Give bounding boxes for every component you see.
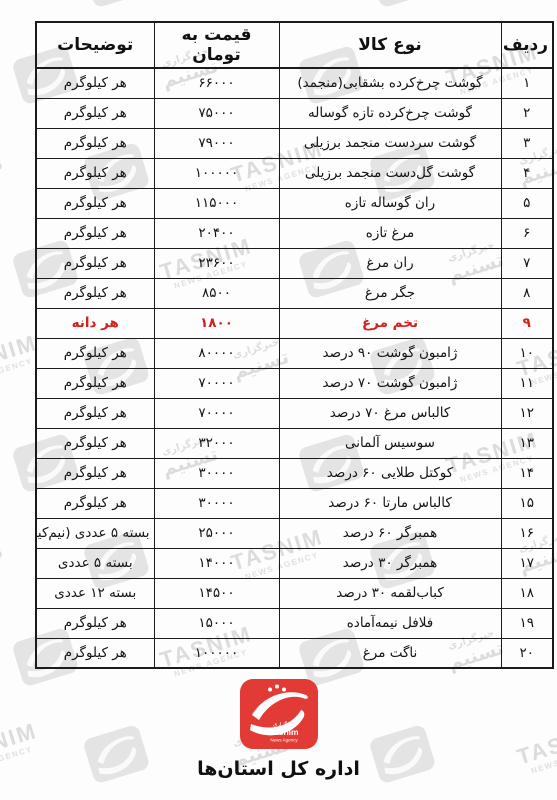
column-header: قیمت به تومان bbox=[154, 22, 279, 68]
tasnim-watermark-text: TASNIMNEWS AGENCY bbox=[514, 0, 557, 3]
table-row: ۱۵کالباس مارتا ۶۰ درصد۳۰۰۰۰هر کیلوگرم bbox=[36, 488, 553, 518]
table-row: ۶مرغ تازه۲۰۴۰۰هر کیلوگرم bbox=[36, 218, 553, 248]
unit-note-cell: هر کیلوگرم bbox=[36, 608, 154, 638]
item-name-cell: تخم مرغ bbox=[279, 308, 501, 338]
row-number-cell: ۱۶ bbox=[501, 518, 553, 548]
watermark-agency-en: NEWS AGENCY bbox=[521, 0, 557, 3]
unit-note-cell: هر کیلوگرم bbox=[36, 428, 154, 458]
column-header: ردیف bbox=[501, 22, 553, 68]
row-number-cell: ۱۷ bbox=[501, 548, 553, 578]
price-cell: ۷۰۰۰۰ bbox=[154, 398, 279, 428]
table-row: ۱گوشت چرخ‌کرده بشقابی(منجمد)۶۶۰۰۰هر کیلو… bbox=[36, 68, 553, 98]
unit-note-cell: بسته ۵ عددی (نیم‌کیلو) bbox=[36, 518, 154, 548]
price-cell: ۲۳۶۰۰ bbox=[154, 248, 279, 278]
price-cell: ۸۰۰۰۰ bbox=[154, 338, 279, 368]
item-name-cell: کباب‌لقمه ۳۰ درصد bbox=[279, 578, 501, 608]
row-number-cell: ۱۸ bbox=[501, 578, 553, 608]
table-row: ۳گوشت سردست منجمد برزیلی۷۹۰۰۰هر کیلوگرم bbox=[36, 128, 553, 158]
unit-note-cell: بسته ۵ عددی bbox=[36, 548, 154, 578]
item-name-cell: همبرگر ۳۰ درصد bbox=[279, 548, 501, 578]
price-cell: ۱۰۰۰۰۰ bbox=[154, 638, 279, 668]
row-number-cell: ۹ bbox=[501, 308, 553, 338]
row-number-cell: ۳ bbox=[501, 128, 553, 158]
unit-note-cell: هر کیلوگرم bbox=[36, 278, 154, 308]
logo-agency-en: News Agency bbox=[270, 738, 298, 743]
item-name-cell: همبرگر ۶۰ درصد bbox=[279, 518, 501, 548]
price-cell: ۱۴۰۰۰ bbox=[154, 548, 279, 578]
table-header-row: ردیفنوع کالاقیمت به تومانتوضیحات bbox=[36, 22, 553, 68]
row-number-cell: ۱۳ bbox=[501, 428, 553, 458]
tasnim-logo: خبرگزاری Tasnim News Agency bbox=[240, 679, 318, 749]
item-name-cell: گوشت گل‌دست منجمد برزیلی bbox=[279, 158, 501, 188]
unit-note-cell: هر کیلوگرم bbox=[36, 248, 154, 278]
price-cell: ۱۸۰۰ bbox=[154, 308, 279, 338]
tasnim-watermark-text: TASNIMNEWS AGENCY bbox=[0, 0, 43, 3]
row-number-cell: ۱۵ bbox=[501, 488, 553, 518]
row-number-cell: ۸ bbox=[501, 278, 553, 308]
column-header: توضیحات bbox=[36, 22, 154, 68]
row-number-cell: ۶ bbox=[501, 218, 553, 248]
price-cell: ۲۵۰۰۰ bbox=[154, 518, 279, 548]
price-cell: ۳۰۰۰۰ bbox=[154, 488, 279, 518]
row-number-cell: ۷ bbox=[501, 248, 553, 278]
table-row: ۲۰ناگت مرغ۱۰۰۰۰۰هر کیلوگرم bbox=[36, 638, 553, 668]
unit-note-cell: هر کیلوگرم bbox=[36, 218, 154, 248]
price-cell: ۲۰۴۰۰ bbox=[154, 218, 279, 248]
tasnim-watermark-text: خبرگزاریتسنیم bbox=[0, 529, 6, 578]
table-row: ۵ران گوساله تازه۱۱۵۰۰۰هر کیلوگرم bbox=[36, 188, 553, 218]
table-row: ۱۳سوسیس آلمانی۳۲۰۰۰هر کیلوگرم bbox=[36, 428, 553, 458]
price-cell: ۳۰۰۰۰ bbox=[154, 458, 279, 488]
table-row: ۱۴کوکتل طلایی ۶۰ درصد۳۰۰۰۰هر کیلوگرم bbox=[36, 458, 553, 488]
row-number-cell: ۱۱ bbox=[501, 368, 553, 398]
table-row: ۱۰ژامبون گوشت ۹۰ درصد۸۰۰۰۰هر کیلوگرم bbox=[36, 338, 553, 368]
item-name-cell: سوسیس آلمانی bbox=[279, 428, 501, 458]
page: TASNIMNEWS AGENCYخبرگزاریتسنیمTASNIMNEWS… bbox=[0, 0, 557, 800]
watermark-brand-fa: تسنیم bbox=[0, 152, 6, 190]
item-name-cell: ژامبون گوشت ۹۰ درصد bbox=[279, 338, 501, 368]
table-row: ۱۲کالباس مرغ ۷۰ درصد۷۰۰۰۰هر کیلوگرم bbox=[36, 398, 553, 428]
item-name-cell: گوشت چرخ‌کرده تازه گوساله bbox=[279, 98, 501, 128]
table-row: ۱۶همبرگر ۶۰ درصد۲۵۰۰۰بسته ۵ عددی (نیم‌کی… bbox=[36, 518, 553, 548]
item-name-cell: کوکتل طلایی ۶۰ درصد bbox=[279, 458, 501, 488]
logo-name-en: Tasnim bbox=[269, 727, 299, 737]
price-cell: ۸۵۰۰ bbox=[154, 278, 279, 308]
unit-note-cell: هر کیلوگرم bbox=[36, 158, 154, 188]
price-cell: ۱۴۵۰۰ bbox=[154, 578, 279, 608]
footer-title: اداره کل استان‌ها bbox=[0, 758, 557, 780]
table-row: ۹تخم مرغ۱۸۰۰هر دانه bbox=[36, 308, 553, 338]
item-name-cell: گوشت چرخ‌کرده بشقابی(منجمد) bbox=[279, 68, 501, 98]
watermark-agency-en: NEWS AGENCY bbox=[0, 0, 43, 3]
row-number-cell: ۱ bbox=[501, 68, 553, 98]
item-name-cell: کالباس مرغ ۷۰ درصد bbox=[279, 398, 501, 428]
unit-note-cell: بسته ۱۲ عددی bbox=[36, 578, 154, 608]
row-number-cell: ۵ bbox=[501, 188, 553, 218]
item-name-cell: گوشت سردست منجمد برزیلی bbox=[279, 128, 501, 158]
item-name-cell: ران گوساله تازه bbox=[279, 188, 501, 218]
price-cell: ۱۵۰۰۰ bbox=[154, 608, 279, 638]
row-number-cell: ۱۹ bbox=[501, 608, 553, 638]
watermark-brand-fa: تسنیم bbox=[0, 540, 6, 578]
table-row: ۴گوشت گل‌دست منجمد برزیلی۱۰۰۰۰۰هر کیلوگر… bbox=[36, 158, 553, 188]
row-number-cell: ۱۰ bbox=[501, 338, 553, 368]
column-header: نوع کالا bbox=[279, 22, 501, 68]
table-row: ۱۱ژامبون گوشت ۷۰ درصد۷۰۰۰۰هر کیلوگرم bbox=[36, 368, 553, 398]
row-number-cell: ۲۰ bbox=[501, 638, 553, 668]
row-number-cell: ۱۲ bbox=[501, 398, 553, 428]
table-row: ۷ران مرغ۲۳۶۰۰هر کیلوگرم bbox=[36, 248, 553, 278]
price-cell: ۷۵۰۰۰ bbox=[154, 98, 279, 128]
footer: خبرگزاری Tasnim News Agency اداره کل است… bbox=[0, 679, 557, 780]
table-row: ۱۹فلافل نیمه‌آماده۱۵۰۰۰هر کیلوگرم bbox=[36, 608, 553, 638]
price-cell: ۱۱۵۰۰۰ bbox=[154, 188, 279, 218]
row-number-cell: ۴ bbox=[501, 158, 553, 188]
table-row: ۸جگر مرغ۸۵۰۰هر کیلوگرم bbox=[36, 278, 553, 308]
unit-note-cell: هر کیلوگرم bbox=[36, 398, 154, 428]
row-number-cell: ۱۴ bbox=[501, 458, 553, 488]
table-row: ۱۸کباب‌لقمه ۳۰ درصد۱۴۵۰۰بسته ۱۲ عددی bbox=[36, 578, 553, 608]
table-row: ۲گوشت چرخ‌کرده تازه گوساله۷۵۰۰۰هر کیلوگر… bbox=[36, 98, 553, 128]
row-number-cell: ۲ bbox=[501, 98, 553, 128]
item-name-cell: ناگت مرغ bbox=[279, 638, 501, 668]
item-name-cell: جگر مرغ bbox=[279, 278, 501, 308]
unit-note-cell: هر کیلوگرم bbox=[36, 368, 154, 398]
price-cell: ۶۶۰۰۰ bbox=[154, 68, 279, 98]
tasnim-watermark-logo-icon bbox=[82, 0, 152, 13]
unit-note-cell: هر دانه bbox=[36, 308, 154, 338]
item-name-cell: مرغ تازه bbox=[279, 218, 501, 248]
unit-note-cell: هر کیلوگرم bbox=[36, 638, 154, 668]
unit-note-cell: هر کیلوگرم bbox=[36, 128, 154, 158]
tasnim-watermark-text: خبرگزاریتسنیم bbox=[0, 141, 6, 190]
price-cell: ۷۰۰۰۰ bbox=[154, 368, 279, 398]
price-cell: ۳۲۰۰۰ bbox=[154, 428, 279, 458]
unit-note-cell: هر کیلوگرم bbox=[36, 98, 154, 128]
item-name-cell: فلافل نیمه‌آماده bbox=[279, 608, 501, 638]
item-name-cell: ژامبون گوشت ۷۰ درصد bbox=[279, 368, 501, 398]
price-cell: ۷۹۰۰۰ bbox=[154, 128, 279, 158]
tasnim-watermark-logo-icon bbox=[368, 0, 438, 13]
item-name-cell: کالباس مارتا ۶۰ درصد bbox=[279, 488, 501, 518]
unit-note-cell: هر کیلوگرم bbox=[36, 338, 154, 368]
unit-note-cell: هر کیلوگرم bbox=[36, 188, 154, 218]
price-table: ردیفنوع کالاقیمت به تومانتوضیحات ۱گوشت چ… bbox=[35, 21, 554, 669]
table-row: ۱۷همبرگر ۳۰ درصد۱۴۰۰۰بسته ۵ عددی bbox=[36, 548, 553, 578]
unit-note-cell: هر کیلوگرم bbox=[36, 68, 154, 98]
price-cell: ۱۰۰۰۰۰ bbox=[154, 158, 279, 188]
item-name-cell: ران مرغ bbox=[279, 248, 501, 278]
unit-note-cell: هر کیلوگرم bbox=[36, 458, 154, 488]
tasnim-logo-icon: خبرگزاری Tasnim News Agency bbox=[240, 679, 318, 749]
unit-note-cell: هر کیلوگرم bbox=[36, 488, 154, 518]
